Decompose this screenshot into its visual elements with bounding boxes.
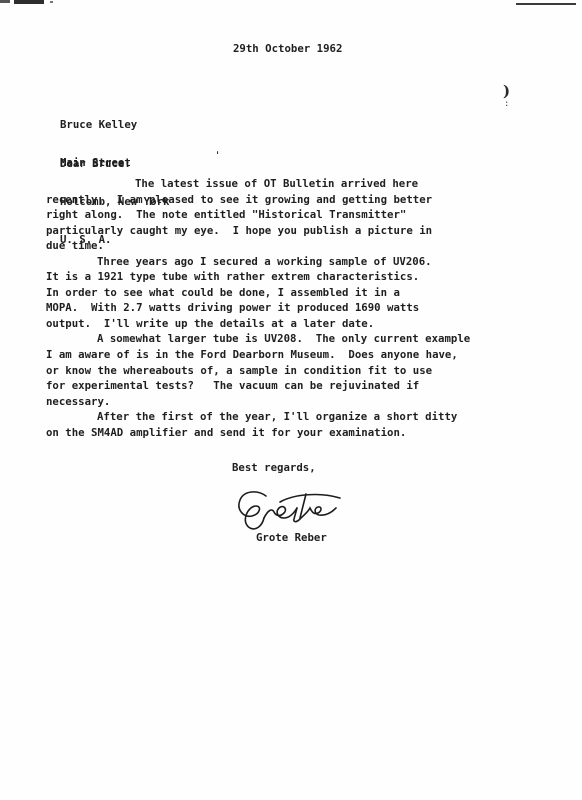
salutation: Dear Bruce: — [60, 157, 131, 170]
typed-signature-name: Grote Reber — [256, 531, 327, 544]
body-line: for experimental tests? The vacuum can b… — [46, 378, 476, 394]
body-line: necessary. — [46, 394, 476, 410]
body-line: I am aware of is in the Ford Dearborn Mu… — [46, 347, 476, 363]
scan-smudge — [0, 0, 10, 3]
ink-mark: ˈ — [216, 150, 219, 163]
scan-smudge — [14, 0, 44, 4]
body-line: right along. The note entitled "Historic… — [46, 207, 476, 223]
body-line: due time. — [46, 238, 476, 254]
letter-date: 29th October 1962 — [233, 42, 342, 55]
body-line: MOPA. With 2.7 watts driving power it pr… — [46, 300, 476, 316]
body-line: or know the whereabouts of, a sample in … — [46, 363, 476, 379]
body-line: After the first of the year, I'll organi… — [46, 409, 476, 425]
body-line: A somewhat larger tube is UV208. The onl… — [46, 331, 476, 347]
body-line: output. I'll write up the details at a l… — [46, 316, 476, 332]
letter-body: The latest issue of OT Bulletin arrived … — [46, 176, 476, 440]
recipient-name: Bruce Kelley — [60, 119, 169, 131]
scan-smudge — [516, 3, 576, 5]
body-line: on the SM4AD amplifier and send it for y… — [46, 425, 476, 441]
body-line: recently. I am pleased to see it growing… — [46, 192, 476, 208]
body-line: Three years ago I secured a working samp… — [46, 254, 476, 270]
body-line: In order to see what could be done, I as… — [46, 285, 476, 301]
handwritten-signature — [236, 488, 344, 536]
body-line: It is a 1921 type tube with rather extre… — [46, 269, 476, 285]
closing: Best regards, — [232, 461, 316, 474]
body-line: particularly caught my eye. I hope you p… — [46, 223, 476, 239]
scanned-letter-page: 29th October 1962 Bruce Kelley Main Stre… — [0, 0, 582, 800]
body-line: The latest issue of OT Bulletin arrived … — [46, 176, 476, 192]
ink-mark: : — [505, 98, 508, 109]
scan-smudge — [50, 1, 53, 3]
